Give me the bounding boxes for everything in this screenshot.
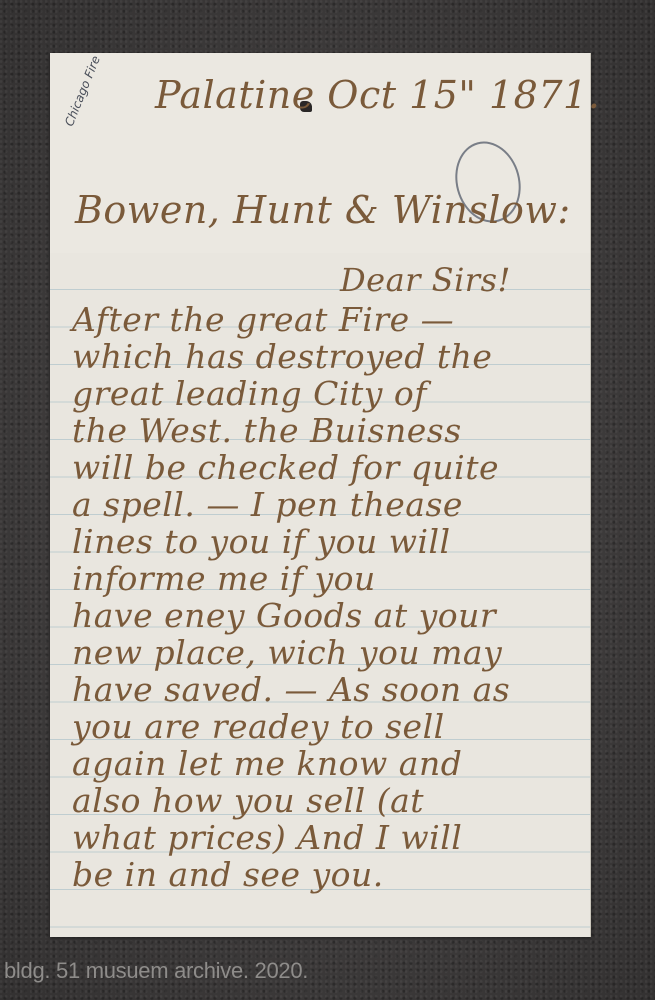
body-line: again let me know and [72,744,462,783]
archive-watermark: bldg. 51 musuem archive. 2020. [4,958,308,984]
body-line: great leading City of [72,374,427,413]
body-line: the West. the Buisness [72,411,462,450]
body-line: have eney Goods at your [72,596,496,635]
body-line: will be checked for quite [72,448,499,487]
body-line: you are readey to sell [72,707,445,746]
body-line: a spell. — I pen thease [72,485,463,524]
letter-greeting: Dear Sirs! [340,261,511,299]
body-line: lines to you if you will [72,522,451,561]
body-line: what prices) And I will [72,818,462,857]
body-line: informe me if you [72,559,376,598]
body-line: have saved. — As soon as [72,670,510,709]
body-line: new place, wich you may [72,633,502,672]
body-line: be in and see you. [72,855,384,894]
body-line: which has destroyed the [72,337,492,376]
letter-paper: Chicago Fire Palatine Oct 15" 1871. Bowe… [50,53,591,937]
body-line: After the great Fire — [72,300,454,339]
letter-heading: Palatine Oct 15" 1871. [155,73,600,117]
letter-salutation: Bowen, Hunt & Winslow: [75,188,571,232]
body-line: also how you sell (at [72,781,424,820]
